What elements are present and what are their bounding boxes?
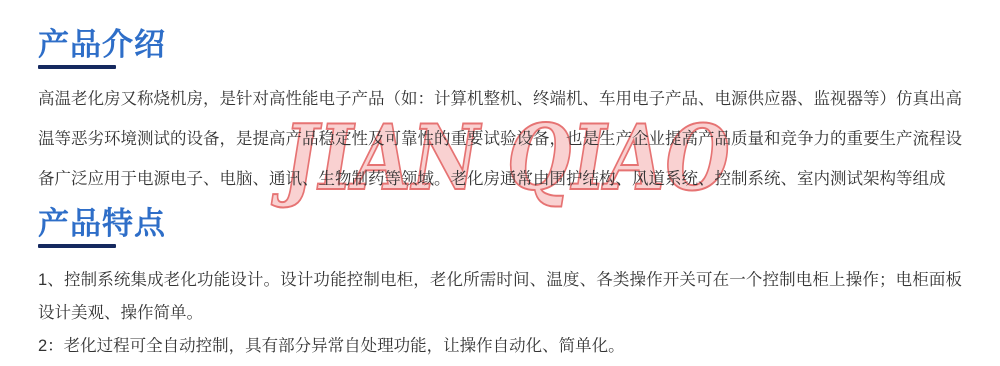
product-intro-paragraph: 高温老化房又称烧机房，是针对高性能电子产品（如：计算机整机、终端机、车用电子产品… — [38, 79, 962, 199]
product-page-content: 产品介绍 高温老化房又称烧机房，是针对高性能电子产品（如：计算机整机、终端机、车… — [0, 0, 1000, 363]
heading-underline — [38, 65, 116, 69]
product-features-section: 产品特点 1、控制系统集成老化功能设计。设计功能控制电柜，老化所需时间、温度、各… — [38, 207, 962, 363]
feature-item-1: 1、控制系统集成老化功能设计。设计功能控制电柜，老化所需时间、温度、各类操作开关… — [38, 264, 962, 330]
product-features-heading: 产品特点 — [38, 207, 962, 241]
heading-underline — [38, 244, 116, 248]
product-intro-heading: 产品介绍 — [38, 28, 962, 62]
feature-item-2: 2：老化过程可全自动控制，具有部分异常自处理功能，让操作自动化、简单化。 — [38, 330, 962, 363]
features-list: 1、控制系统集成老化功能设计。设计功能控制电柜，老化所需时间、温度、各类操作开关… — [38, 264, 962, 363]
product-intro-section: 产品介绍 高温老化房又称烧机房，是针对高性能电子产品（如：计算机整机、终端机、车… — [38, 28, 962, 199]
